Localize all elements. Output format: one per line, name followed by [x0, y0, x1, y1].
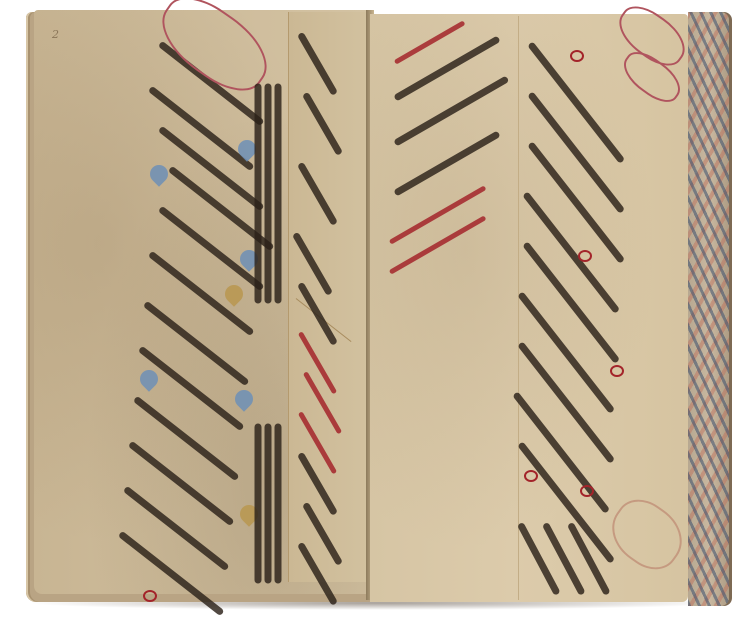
calligraphy-line: [255, 84, 262, 304]
calligraphy-line: [255, 424, 262, 584]
red-verse-marker: [524, 470, 538, 482]
manuscript-photo: Open antique manuscript with Arabic-scri…: [0, 0, 750, 639]
red-verse-marker: [578, 250, 592, 262]
calligraphy-line: [275, 84, 282, 304]
red-verse-marker: [570, 50, 584, 62]
red-verse-marker: [610, 365, 624, 377]
calligraphy-line: [265, 84, 272, 304]
red-verse-marker: [143, 590, 157, 602]
right-page-column-rule: [518, 16, 519, 600]
red-verse-marker: [580, 485, 594, 497]
page-corner-mark: 2: [52, 28, 59, 41]
calligraphy-line: [265, 424, 272, 584]
marbled-spine: [688, 12, 732, 606]
calligraphy-line: [275, 424, 282, 584]
